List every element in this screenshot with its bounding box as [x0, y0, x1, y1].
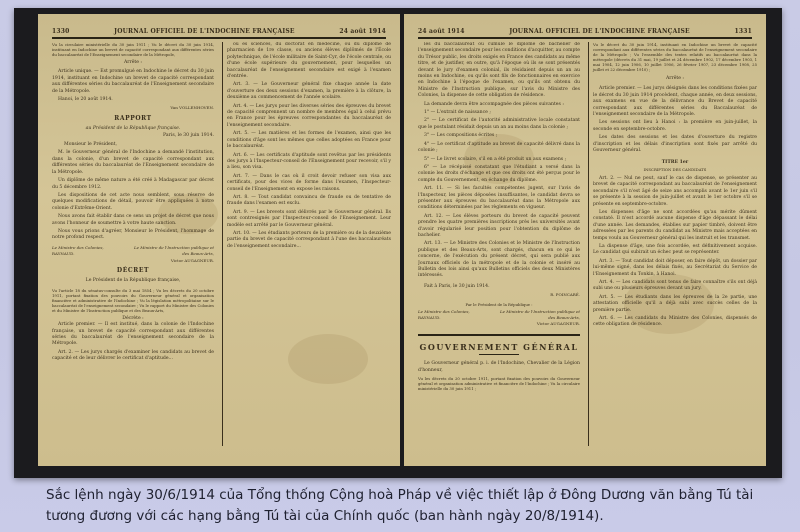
rapport-paragraph: Un diplôme de même nature a été créé à M…	[52, 178, 214, 191]
paragraph: La demande devra être accompagnée des pi…	[418, 102, 580, 108]
paragraph: Art. 10. — Les étudiants porteurs de la …	[227, 231, 391, 250]
rapport-paragraph: Les dispositions de cet acte nous semble…	[52, 193, 214, 212]
decret-title: DÉCRET	[52, 268, 214, 274]
exhibit-caption: Sắc lệnh ngày 30/6/1914 của Tổng thống C…	[46, 485, 786, 527]
article: Art. 6. — Les candidats du Ministre des …	[593, 316, 757, 329]
article: Les dispenses d'âge ne sont accordées qu…	[593, 210, 757, 242]
paragraph: 1° — L'extrait de naissance ;	[418, 110, 580, 116]
right-page-header: 24 août 1914 JOURNAL OFFICIEL DE L'INDOC…	[418, 28, 752, 39]
article: Art. 2. — Nul ne peut, sauf le cas de di…	[593, 176, 757, 208]
right-page-column-1: lés du baccalauréat ou cumulé le diplôme…	[418, 42, 580, 446]
rapport-paragraph: Nous avons fait établir dans ce sens un …	[52, 214, 214, 227]
col2-preamble: Vu le décret du 30 juin 1914, instituant…	[593, 42, 757, 72]
paragraph: Art. 11. — Si les facultés compétentes j…	[418, 186, 580, 212]
masthead: JOURNAL OFFICIEL DE L'INDOCHINE FRANÇAIS…	[114, 28, 295, 35]
fait-a: Fait à Paris, le 30 juin 1914.	[418, 284, 580, 290]
issue-date: 24 août 1914	[339, 28, 386, 35]
article: Art. 5. — Les étudiants dans les épreuve…	[593, 295, 757, 314]
preamble: Vu la circulaire ministérielle du 30 jui…	[52, 42, 214, 57]
arrete-heading: Arrête :	[52, 60, 214, 66]
rapport-place-date: Paris, le 30 juin 1914.	[52, 133, 214, 139]
paragraph: Art. 13. — Le Ministre des Colonies et l…	[418, 241, 580, 279]
minister-signatures: Le Ministre des Colonies, RAYNAUD. Le Mi…	[52, 245, 214, 264]
gov-intro: Le Gouverneur général p. i. de l'Indochi…	[418, 361, 580, 374]
paragraph: Art. 12. — Les élèves porteurs du brevet…	[418, 214, 580, 240]
minister-instruction-name: Victor AUGAGNEUR.	[134, 258, 214, 264]
minister-instruction-name: Victor AUGAGNEUR.	[500, 321, 580, 327]
left-page-column-2: ou ès sciences, du doctorat en médecine,…	[222, 42, 391, 446]
article-unique: Article unique. — Est promulgué en Indoc…	[52, 69, 214, 95]
paragraph: Les dates des sessions et les dates d'ou…	[593, 135, 757, 154]
paragraph: Art. 7. — Dans le cas où il croit devoir…	[227, 174, 391, 193]
left-newspaper-page: 1330 JOURNAL OFFICIEL DE L'INDOCHINE FRA…	[38, 14, 400, 466]
issue-date: 24 août 1914	[418, 28, 465, 35]
signer: Van VOLLENHOVEN.	[52, 105, 214, 111]
paragraph: Art. 9. — Les brevets sont délivrés par …	[227, 210, 391, 229]
paragraph: ou ès sciences, du doctorat en médecine,…	[227, 42, 391, 80]
article-premier: Article premier. — Il est institué, dans…	[52, 322, 214, 348]
photo-frame: 1330 JOURNAL OFFICIEL DE L'INDOCHINE FRA…	[14, 8, 782, 478]
gov-preamble: Vu les décrets du 20 octobre 1911, porta…	[418, 376, 580, 391]
paragraph: Art. 3. — Le Gouverneur général fixe cha…	[227, 82, 391, 101]
paragraph: 5° — Le livret scolaire, s'il en a été p…	[418, 157, 580, 163]
paragraph: 2° — Le certificat de l'autorité adminis…	[418, 118, 580, 131]
section-rule	[418, 334, 580, 336]
paragraph: Art. 6. — Les certificats d'aptitude son…	[227, 153, 391, 172]
page-number: 1330	[52, 28, 70, 35]
masthead: JOURNAL OFFICIEL DE L'INDOCHINE FRANÇAIS…	[509, 28, 690, 35]
place-date: Hanoi, le 20 août 1914.	[52, 97, 214, 103]
par-le-president: Par le Président de la République :	[418, 302, 580, 307]
decret-preamble: Vu l'article 18 du sénatus-consulte du 3…	[52, 288, 214, 313]
paragraph: Art. 4. — Les jurys pour les diverses sé…	[227, 104, 391, 130]
arrete-heading: Arrête :	[593, 76, 757, 82]
caption-line-2: tương đương với các hạng bằng Tú tài của…	[46, 506, 786, 527]
paragraph: Article premier. — Les jurys désignés da…	[593, 86, 757, 118]
article-2: Art. 2. — Les jurys chargés d'examiner l…	[52, 350, 214, 363]
minister-colonies-name: RAYNAUD.	[52, 251, 104, 257]
section-title: GOUVERNEMENT GÉNÉRAL	[418, 344, 580, 350]
paragraph: 3° — Les compositions écrites ;	[418, 133, 580, 139]
article: Art. 4. — Les candidats sont tenus de fa…	[593, 280, 757, 293]
paragraph: 6° — Le récépissé constatant que l'étudi…	[418, 165, 580, 184]
caption-line-1: Sắc lệnh ngày 30/6/1914 của Tổng thống C…	[46, 485, 786, 506]
minister-instruction-title: Le Ministre de l'Instruction publique et…	[500, 309, 580, 322]
minister-signatures: Le Ministre des Colonies, RAYNAUD. Le Mi…	[418, 309, 580, 328]
decret-subtitle: Le Président de la République française,	[52, 278, 214, 284]
titre-subheading: INSCRIPTION DES CANDIDATS	[593, 167, 757, 172]
paragraph: Art. 8. — Tout candidat convaincu de fra…	[227, 195, 391, 208]
minister-instruction-title: Le Ministre de l'Instruction publique et…	[134, 245, 214, 258]
right-page-column-2: Vu le décret du 30 juin 1914, instituant…	[588, 42, 757, 446]
paragraph: Les sessions ont lieu à Hanoi : la premi…	[593, 120, 757, 133]
paragraph: Art. 5. — Les matières et les formes de …	[227, 131, 391, 150]
left-page-header: 1330 JOURNAL OFFICIEL DE L'INDOCHINE FRA…	[52, 28, 386, 39]
short-rule	[479, 354, 519, 355]
minister-colonies-name: RAYNAUD.	[418, 315, 470, 321]
left-page-column-1: Vu la circulaire ministérielle du 30 jui…	[52, 42, 214, 446]
rapport-paragraph: Nous vous prions d'agréer, Monsieur le P…	[52, 229, 214, 242]
signer: R. POINCARÉ.	[418, 292, 580, 298]
paragraph: 4° — Le certificat d'aptitude au brevet …	[418, 142, 580, 155]
paragraph: lés du baccalauréat ou cumulé le diplôme…	[418, 42, 580, 100]
rapport-title: RAPPORT	[52, 116, 214, 122]
rapport-paragraph: M. le Gouverneur général de l'Indochine …	[52, 150, 214, 176]
article: Art. 3. — Tout candidat doit déposer, en…	[593, 259, 757, 278]
article: La dispense d'âge, une fois accordée, es…	[593, 244, 757, 257]
right-newspaper-page: 24 août 1914 JOURNAL OFFICIEL DE L'INDOC…	[404, 14, 766, 466]
salutation: Monsieur le Président,	[64, 142, 214, 148]
page-number: 1331	[734, 28, 752, 35]
